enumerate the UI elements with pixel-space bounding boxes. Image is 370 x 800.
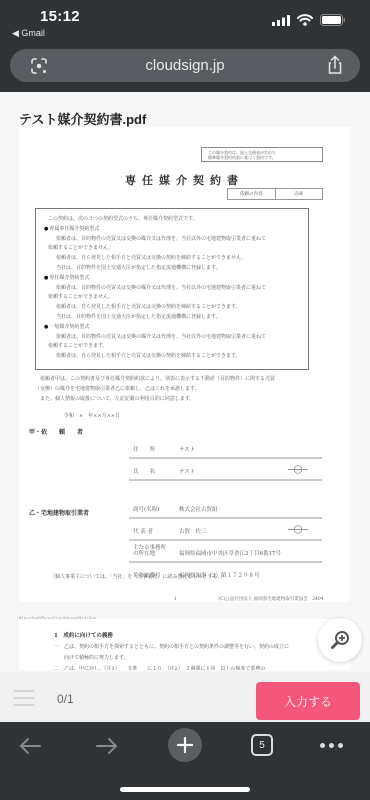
type-line: 依頼者は、自ら発見した相手方と売買又は交換の契約を締結することができません。 (44, 254, 300, 264)
type-line: 依頼者は、自ら発見した相手方と売買又は交換の契約を締結することができます。 (44, 352, 300, 362)
dot-icon (329, 743, 334, 748)
request-value: 売却 (276, 189, 323, 199)
zoom-in-button[interactable] (318, 618, 362, 662)
row-value: 株式会社古賀組 (179, 505, 218, 513)
more-menu-button[interactable] (320, 743, 343, 748)
row-label: 代 表 者 (133, 527, 173, 535)
seal-icon (288, 465, 308, 474)
pdf-page-2: 1 成約に向けての義務 一 乙は、契約の相手方を探索するとともに、契約の相手方と… (19, 619, 350, 670)
party-b-representative-row: 代 表 者 古賀 佐三 (129, 519, 322, 541)
wifi-icon (297, 14, 313, 26)
individual-business-note: ［個人事業主については、「当社」を「当事業者」に読み替えるものとする。］ (50, 573, 225, 580)
standard-contract-notice: この媒介契約は、国土交通省が定めた 標準媒介契約約款に基づく契約です。 (201, 147, 323, 162)
status-bar: 15:12 ◀ Gmail (0, 0, 370, 45)
association-credit: (C)公益社団法人 福岡県宅地建物取引業協会 2404 (218, 597, 323, 602)
row-value: 福岡県福岡市中央区草香江2丁目6番17号 (179, 549, 281, 557)
document-viewer[interactable]: テスト媒介契約書.pdf この媒介契約は、国土交通省が定めた 標準媒介契約約款に… (0, 92, 370, 670)
plus-icon (177, 737, 193, 753)
seal-icon (288, 525, 308, 534)
party-b-office-row: 主たる事務所の所在地 福岡県福岡市中央区草香江2丁目6番17号 (129, 541, 322, 563)
row-value: 古賀 佐三 (179, 527, 207, 535)
page-number: 1 (174, 597, 177, 602)
row-value: テスト (179, 467, 195, 475)
row-label: 主たる事務所の所在地 (133, 545, 169, 557)
type-line: 当社は、目的物件を国土交通大臣が指定した指定流通機構に登録します。 (44, 313, 300, 323)
contract-title: 専任媒介契約書 (19, 172, 350, 188)
tab-switcher-button[interactable]: 5 (251, 734, 273, 756)
party-a-rows: 住 所 テスト 氏 名 テスト (129, 437, 322, 481)
dot-icon (338, 743, 343, 748)
type-line: 依頼することができます。 (44, 342, 300, 352)
type-line: 依頼することができません。 (44, 293, 300, 303)
forward-arrow-icon[interactable] (95, 736, 119, 756)
battery-icon (320, 14, 346, 26)
type-line: 依頼者は、自ら発見した相手方と売買又は交換の契約を締結することができます。 (44, 303, 300, 313)
section-heading: 1 成約に向けての義務 (54, 631, 113, 639)
status-time: 15:12 (40, 8, 80, 25)
row-label: 商号(名称) (133, 505, 173, 513)
paragraph-line: 依頼者甲は、この契約書及び専任媒介契約約款により、別表に表示する不動産（目的物件… (35, 374, 330, 384)
row-value: テスト (179, 445, 195, 453)
home-indicator (120, 787, 250, 792)
type-line: 依頼者は、目的物件の売買又は交換の媒介又は代理を、当社以外の宅地建物取引業者に重… (44, 333, 300, 343)
party-a-address-row: 住 所 テスト (129, 437, 322, 459)
types-intro: この契約は、次の３つの契約型式のうち、専任媒介契約型式です。 (44, 215, 300, 225)
page-footer: 1 (C)公益社団法人 福岡県宅地建物取引業協会 2404 (174, 596, 324, 602)
section-line: 二 乙は、甲に対し、（注1） 文書 により、（注2） ２週間に１回 以上の頻度で… (54, 665, 265, 670)
notice-line: 標準媒介契約約款に基づく契約です。 (208, 155, 316, 160)
share-icon[interactable] (326, 55, 344, 75)
type2-heading: 専任媒介契約型式 (44, 274, 300, 284)
signal-icon (272, 15, 290, 26)
status-icons (272, 14, 346, 26)
input-button[interactable]: 入力する (256, 682, 360, 720)
party-b-rows: 商号(名称) 株式会社古賀組 代 表 者 古賀 佐三 主たる事務所の所在地 福岡… (129, 497, 322, 585)
paragraph-line: また、個人情報の取扱について、左記記載の利用目的に同意します。 (35, 394, 330, 404)
back-arrow-icon[interactable] (18, 736, 42, 756)
page-indicator: 0/1 (57, 692, 74, 706)
pdf-page-1: この媒介契約は、国土交通省が定めた 標準媒介契約約款に基づく契約です。 専任媒介… (19, 127, 350, 602)
url-text[interactable]: cloudsign.jp (10, 57, 360, 74)
party-a-label: 甲・依 頼 者 (29, 427, 83, 436)
viewer-toolbar: 0/1 入力する (0, 672, 370, 722)
type3-heading: 一般媒介契約型式 (44, 323, 300, 333)
contract-types-box: この契約は、次の３つの契約型式のうち、専任媒介契約型式です。 専属専任媒介契約型… (35, 208, 309, 370)
type-line: 依頼することができません。 (44, 244, 300, 254)
row-label: 氏 名 (133, 467, 173, 475)
back-to-gmail-link[interactable]: ◀ Gmail (12, 28, 45, 39)
party-a-name-row: 氏 名 テスト (129, 459, 322, 481)
zoom-in-icon (330, 630, 350, 650)
contract-date: 令和 × 年××月××日 (64, 412, 120, 419)
type-line: 依頼者は、目的物件の売買又は交換の媒介又は代理を、当社以外の宅地建物取引業者に重… (44, 235, 300, 245)
row-label: 住 所 (133, 445, 173, 453)
browser-bottom-nav: 5 (0, 722, 370, 800)
document-title: テスト媒介契約書.pdf (19, 109, 146, 128)
party-b-label: 乙・宅地建物取引業者 (29, 508, 89, 517)
agreement-paragraph: 依頼者甲は、この契約書及び専任媒介契約約款により、別表に表示する不動産（目的物件… (35, 374, 330, 404)
browser-toolbar: cloudsign.jp (0, 45, 370, 92)
type1-heading: 専属専任媒介契約型式 (44, 225, 300, 235)
new-tab-button[interactable] (168, 728, 202, 762)
menu-icon[interactable] (14, 690, 34, 706)
type-line: 依頼者は、目的物件の売買又は交換の媒介又は代理を、当社以外の宅地建物取引業者に重… (44, 284, 300, 294)
party-b-company-row: 商号(名称) 株式会社古賀組 (129, 497, 322, 519)
dot-icon (320, 743, 325, 748)
section-line: 向けて積極的に努力します。 (54, 654, 129, 661)
type-line: 当社は、目的物件を国土交通大臣が指定した指定流通機構に登録します。 (44, 264, 300, 274)
address-bar[interactable]: cloudsign.jp (10, 49, 360, 82)
section-line: 一 乙は、契約の相手方を探索するとともに、契約の相手方との契約条件の調整等を行い… (54, 643, 289, 650)
request-table: 依頼の内容 売却 (227, 188, 323, 200)
request-label: 依頼の内容 (228, 189, 276, 199)
paragraph-line: （交換）の媒介を宅地建物取引業者乙に依頼し、乙はこれを承諾します。 (35, 384, 330, 394)
